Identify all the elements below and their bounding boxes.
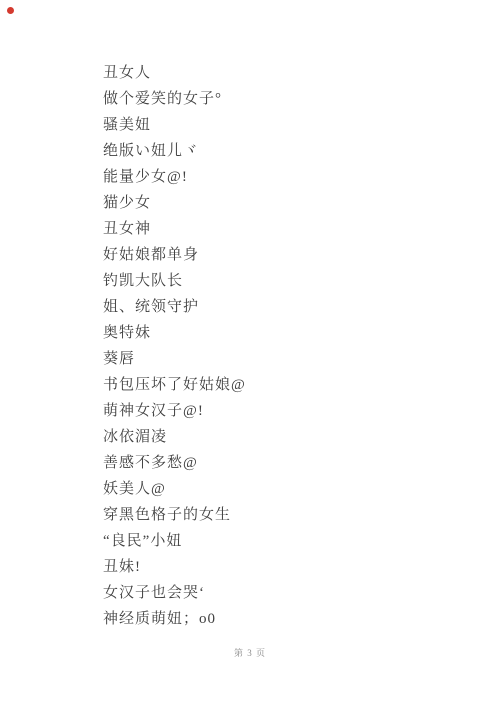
page-number: 第 3 页 [0, 646, 500, 659]
list-item: “良民”小妞 [103, 528, 480, 554]
nickname-list: 丑女人做个爱笑的女子°骚美妞绝版い妞儿ヾ能量少女@!猫少女丑女神好姑娘都单身钓凯… [103, 60, 480, 632]
list-item: 穿黑色格子的女生 [103, 502, 480, 528]
list-item: 冰依湄凌 [103, 424, 480, 450]
list-item: 葵唇 [103, 346, 480, 372]
list-item: 丑女人 [103, 60, 480, 86]
document-page: 丑女人做个爱笑的女子°骚美妞绝版い妞儿ヾ能量少女@!猫少女丑女神好姑娘都单身钓凯… [0, 0, 500, 708]
list-item: 女汉子也会哭‘ [103, 580, 480, 606]
list-item: 骚美妞 [103, 112, 480, 138]
list-item: 神经质萌妞；o0 [103, 606, 480, 632]
list-item: 丑妹! [103, 554, 480, 580]
list-item: 妖美人@ [103, 476, 480, 502]
list-item: 善感不多愁@ [103, 450, 480, 476]
list-item: 好姑娘都单身 [103, 242, 480, 268]
list-item: 书包压坏了好姑娘@ [103, 372, 480, 398]
list-item: 猫少女 [103, 190, 480, 216]
list-item: 能量少女@! [103, 164, 480, 190]
red-dot-marker [7, 7, 14, 14]
list-item: 绝版い妞儿ヾ [103, 138, 480, 164]
list-item: 丑女神 [103, 216, 480, 242]
list-item: 奥特妹 [103, 320, 480, 346]
list-item: 钓凯大队长 [103, 268, 480, 294]
list-item: 姐、统领守护 [103, 294, 480, 320]
list-item: 萌神女汉子@! [103, 398, 480, 424]
list-item: 做个爱笑的女子° [103, 86, 480, 112]
